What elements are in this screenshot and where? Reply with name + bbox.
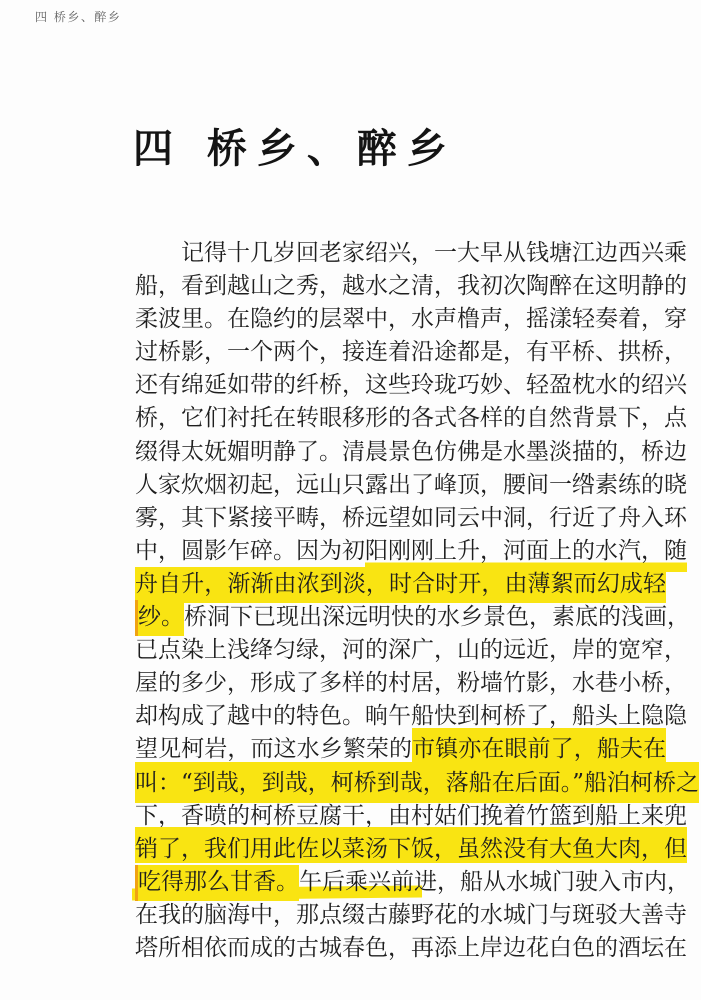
text-line: 在我的脑海中，那点缀古藤野花的水城门与斑驳大善寺 (135, 899, 666, 932)
text-line: 纱。桥洞下已现出深远明快的水乡景色，素底的浅画， (135, 601, 666, 634)
text-segment: 雾，其下紧接平畴，桥远望如同云中洞，行近了舟入环 (135, 505, 687, 531)
text-line: 叫：“到哉，到哉，柯桥到哉，落船在后面。”船泊柯桥之 (135, 767, 666, 800)
text-segment: 下，香喷的柯桥豆腐干，由村姑们挽着竹篮到船上来兜 (135, 803, 687, 829)
chapter-title: 四 桥乡、醉乡 (133, 123, 457, 175)
text-segment: 中，圆影乍碎。因为初 (135, 538, 365, 564)
text-segment: 柔波里。在隐约的层翠中，水声橹声，摇漾轻奏着，穿 (135, 306, 687, 332)
text-line: 已点染上浅绛匀绿，河的深广，山的远近，岸的宽窄， (135, 634, 666, 667)
text-line: 中，圆影乍碎。因为初阳刚刚上升，河面上的水汽，随 (135, 535, 666, 568)
text-segment: 塔所相依而成的古城春色，再添上岸边花白色的酒坛在 (135, 935, 687, 961)
highlighted-text: 叫：“到哉，到哉，柯桥到哉，落船在后面。”船泊柯桥之 (135, 762, 699, 803)
text-segment: 记得十几岁回老家绍兴，一大早从钱塘江边西兴乘 (181, 240, 687, 266)
text-line: 舟自升，渐渐由浓到淡，时合时开，由薄絮而幻成轻 (135, 568, 666, 601)
text-segment: 人家炊烟初起，远山只露出了峰顶，腰间一绺素练的晓 (135, 472, 687, 498)
text-segment: 桥，它们衬托在转眼移形的各式各样的自然背景下，点 (135, 405, 687, 431)
text-line: 记得十几岁回老家绍兴，一大早从钱塘江边西兴乘 (135, 237, 666, 270)
text-segment: 船，看到越山之秀，越水之清，我初次陶醉在这明静的 (135, 273, 687, 299)
text-line: 柔波里。在隐约的层翠中，水声橹声，摇漾轻奏着，穿 (135, 303, 666, 336)
text-line: 屋的多少，形成了多样的村居，粉墙竹影，水巷小桥， (135, 667, 666, 700)
text-segment: 却构成了越中的特色。晌午船快到柯桥了，船头上隐隐 (135, 703, 687, 729)
article-body: 记得十几岁回老家绍兴，一大早从钱塘江边西兴乘船，看到越山之秀，越水之清，我初次陶… (135, 237, 666, 965)
running-header: 四 桥乡、醉乡 (35, 8, 121, 25)
text-line: 还有绵延如带的纤桥，这些玲珑巧妙、轻盈枕水的绍兴 (135, 369, 666, 402)
text-segment: 桥洞下已现出深远明快的水乡景色，素底的浅画， (184, 604, 690, 630)
document-page: 四 桥乡、醉乡 四 桥乡、醉乡 记得十几岁回老家绍兴，一大早从钱塘江边西兴乘船，… (0, 0, 701, 1000)
highlighted-text: 市镇亦在眼前了，船夫在 (412, 728, 666, 766)
text-segment: 已点染上浅绛匀绿，河的深广，山的远近，岸的宽窄， (135, 637, 687, 663)
text-line: 塔所相依而成的古城春色，再添上岸边花白色的酒坛在 (135, 932, 666, 965)
text-line: 人家炊烟初起，远山只露出了峰顶，腰间一绺素练的晓 (135, 469, 666, 502)
highlighted-text: 吃得那么甘香。 (135, 865, 299, 901)
text-line: 过桥影，一个两个，接连着沿途都是，有平桥、拱桥， (135, 336, 666, 369)
text-line: 船，看到越山之秀，越水之清，我初次陶醉在这明静的 (135, 270, 666, 303)
highlighted-text: 纱。 (135, 600, 184, 636)
highlighted-text: 舟自升，渐渐由浓到淡，时合时开，由薄絮而幻成轻 (135, 567, 666, 603)
text-segment: 还有绵延如带的纤桥，这些玲珑巧妙、轻盈枕水的绍兴 (135, 372, 687, 398)
highlighted-text: 销了，我们用此佐以菜汤下饭，虽然没有大鱼大肉，但 (135, 827, 687, 863)
text-line: 缀得太妩媚明静了。清晨景色仿佛是水墨淡描的，桥边 (135, 436, 666, 469)
text-segment: 过桥影，一个两个，接连着沿途都是，有平桥、拱桥， (135, 339, 687, 365)
text-line: 雾，其下紧接平畴，桥远望如同云中洞，行近了舟入环 (135, 502, 666, 535)
text-segment: 缀得太妩媚明静了。清晨景色仿佛是水墨淡描的，桥边 (135, 439, 687, 465)
text-line: 销了，我们用此佐以菜汤下饭，虽然没有大鱼大肉，但 (135, 833, 666, 866)
text-segment: 屋的多少，形成了多样的村居，粉墙竹影，水巷小桥， (135, 670, 687, 696)
text-segment: 午后乘兴前进，船从水城门驶入市内， (299, 869, 690, 895)
text-line: 桥，它们衬托在转眼移形的各式各样的自然背景下，点 (135, 402, 666, 435)
text-segment: 在我的脑海中，那点缀古藤野花的水城门与斑驳大善寺 (135, 902, 687, 928)
text-line: 吃得那么甘香。午后乘兴前进，船从水城门驶入市内， (135, 866, 666, 899)
